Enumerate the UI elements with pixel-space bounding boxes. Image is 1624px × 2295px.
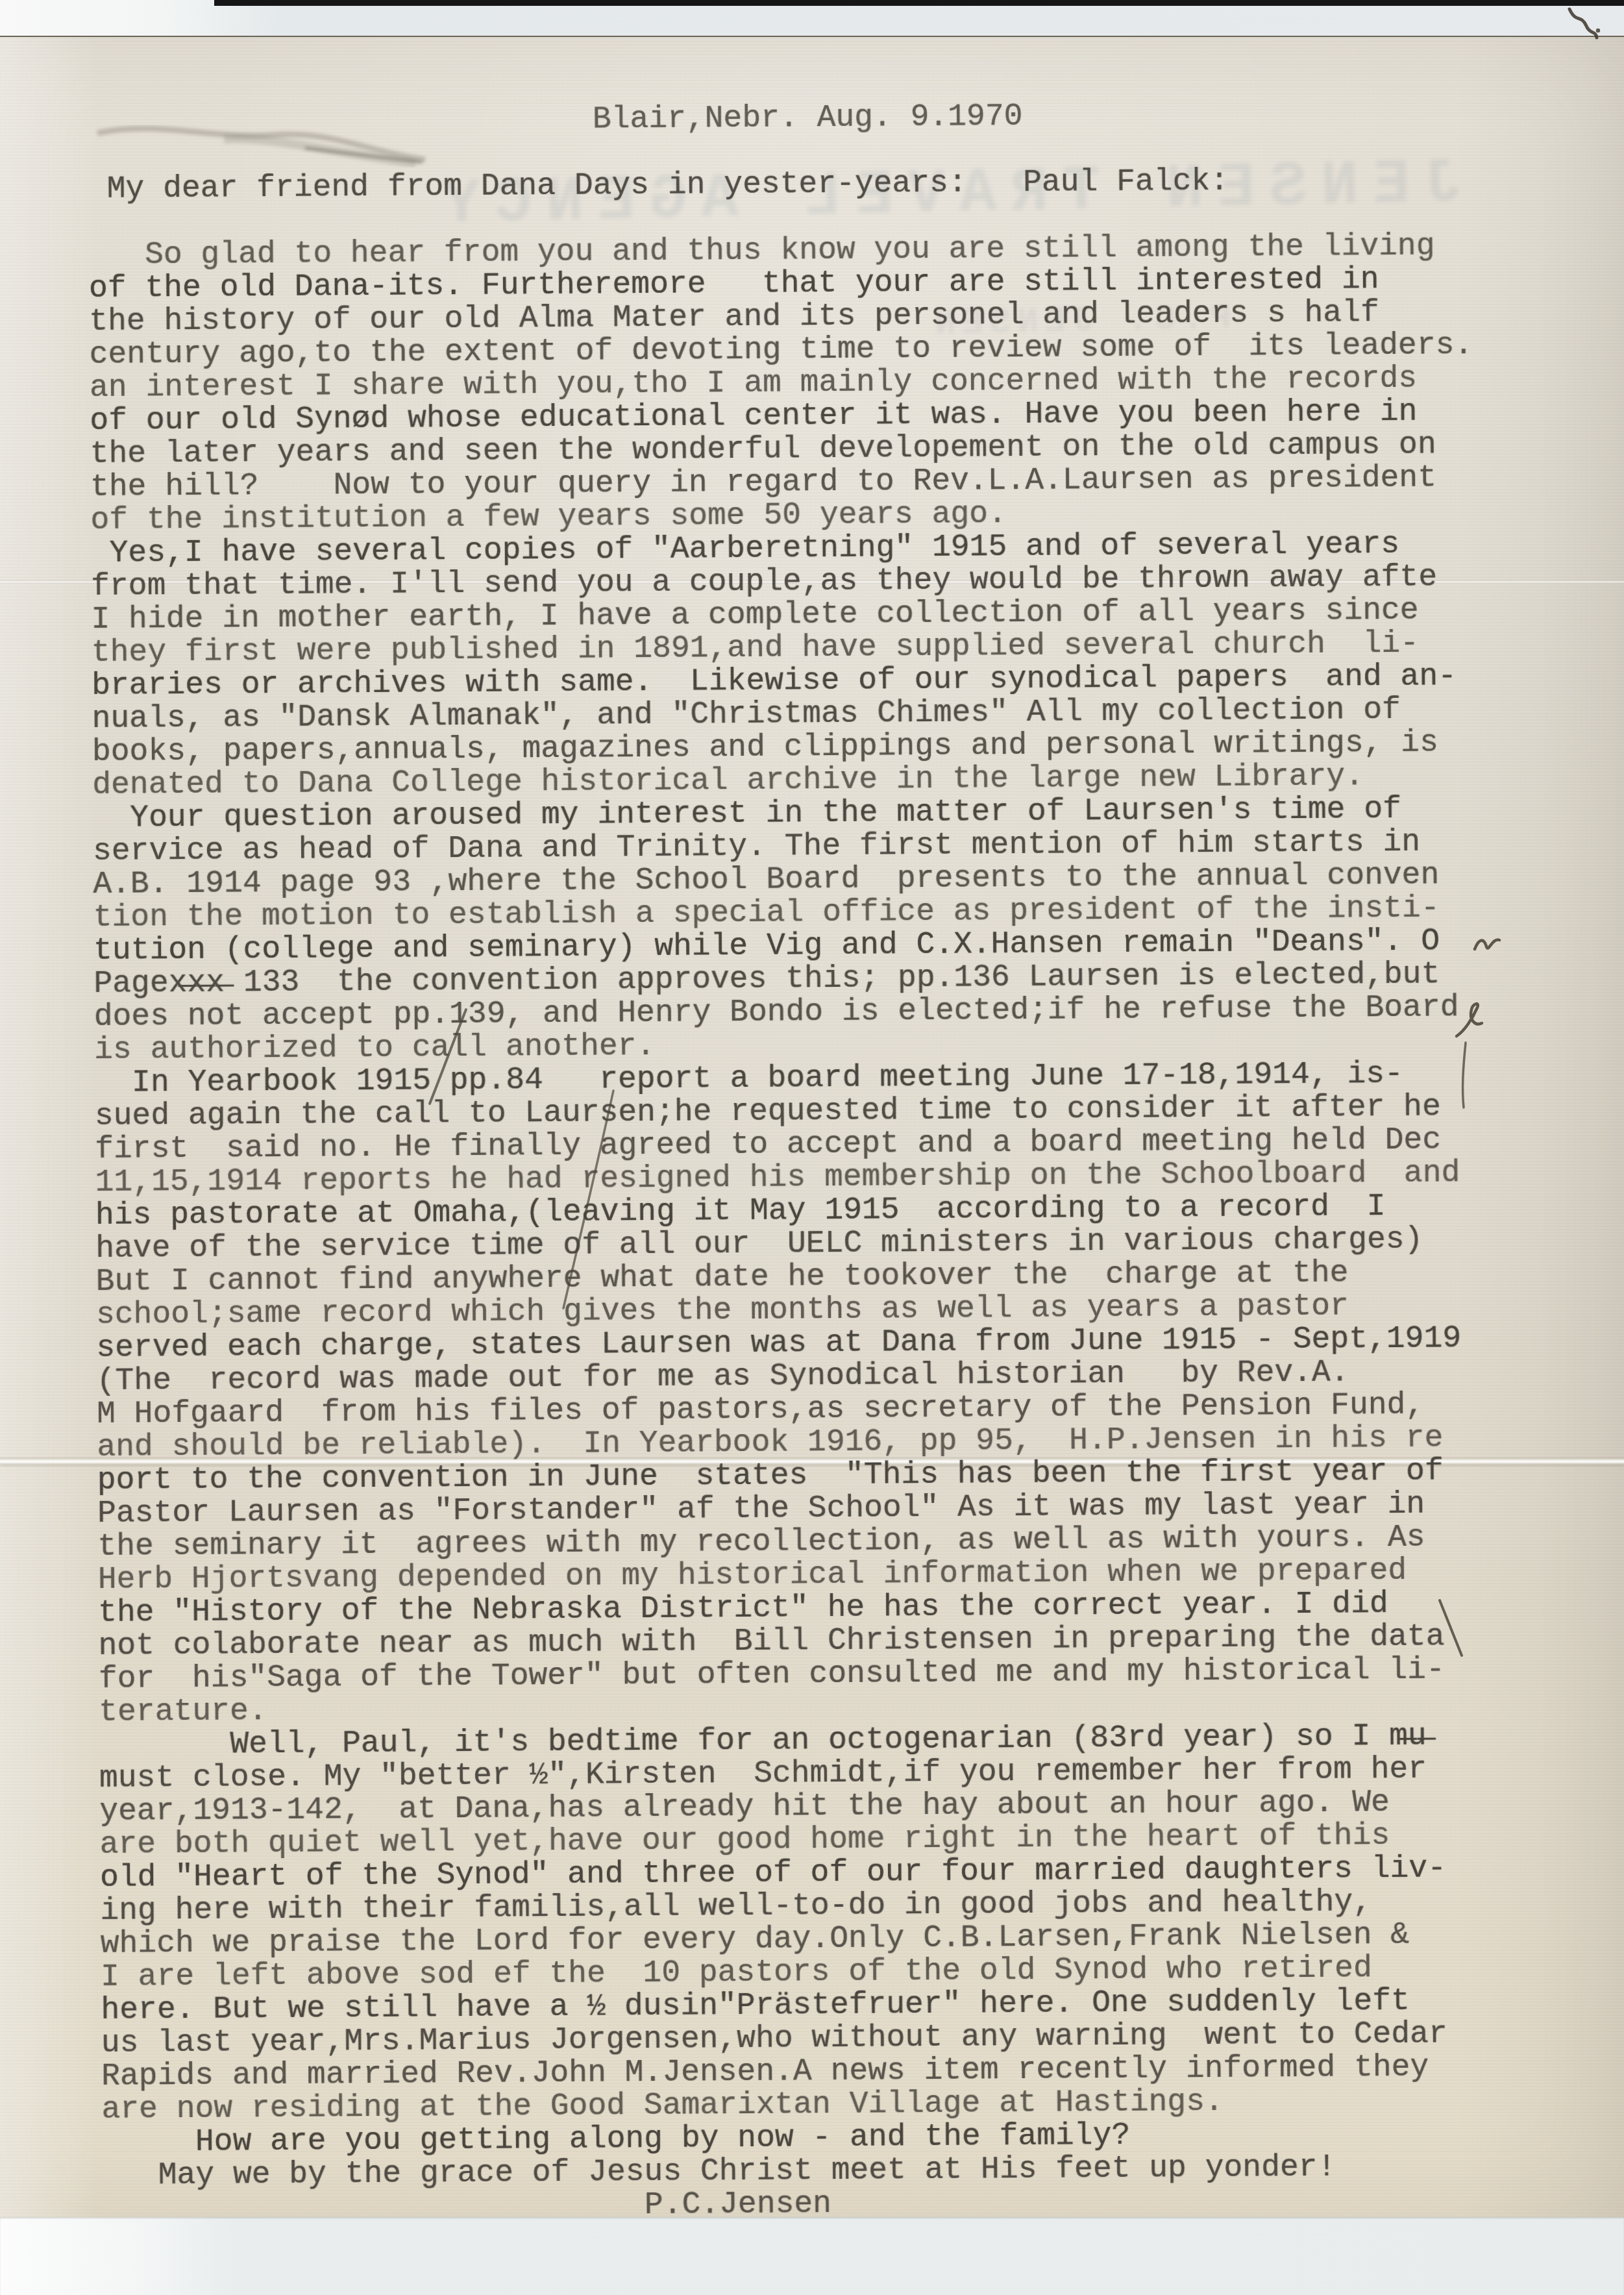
scanner-edge-bar: [214, 0, 1624, 6]
letter-paper: JENSEN TRAVEL AGENCY P.C. JENSEN Blair,N…: [0, 37, 1624, 2217]
letter-body-text: Blair,Nebr. Aug. 9.1970 My dear friend f…: [88, 97, 1486, 2217]
scanner-bed-bottom: [0, 2217, 1624, 2295]
scanned-letter-canvas: JENSEN TRAVEL AGENCY P.C. JENSEN Blair,N…: [0, 0, 1624, 2295]
paper-left-curl-highlight: [0, 37, 97, 2217]
